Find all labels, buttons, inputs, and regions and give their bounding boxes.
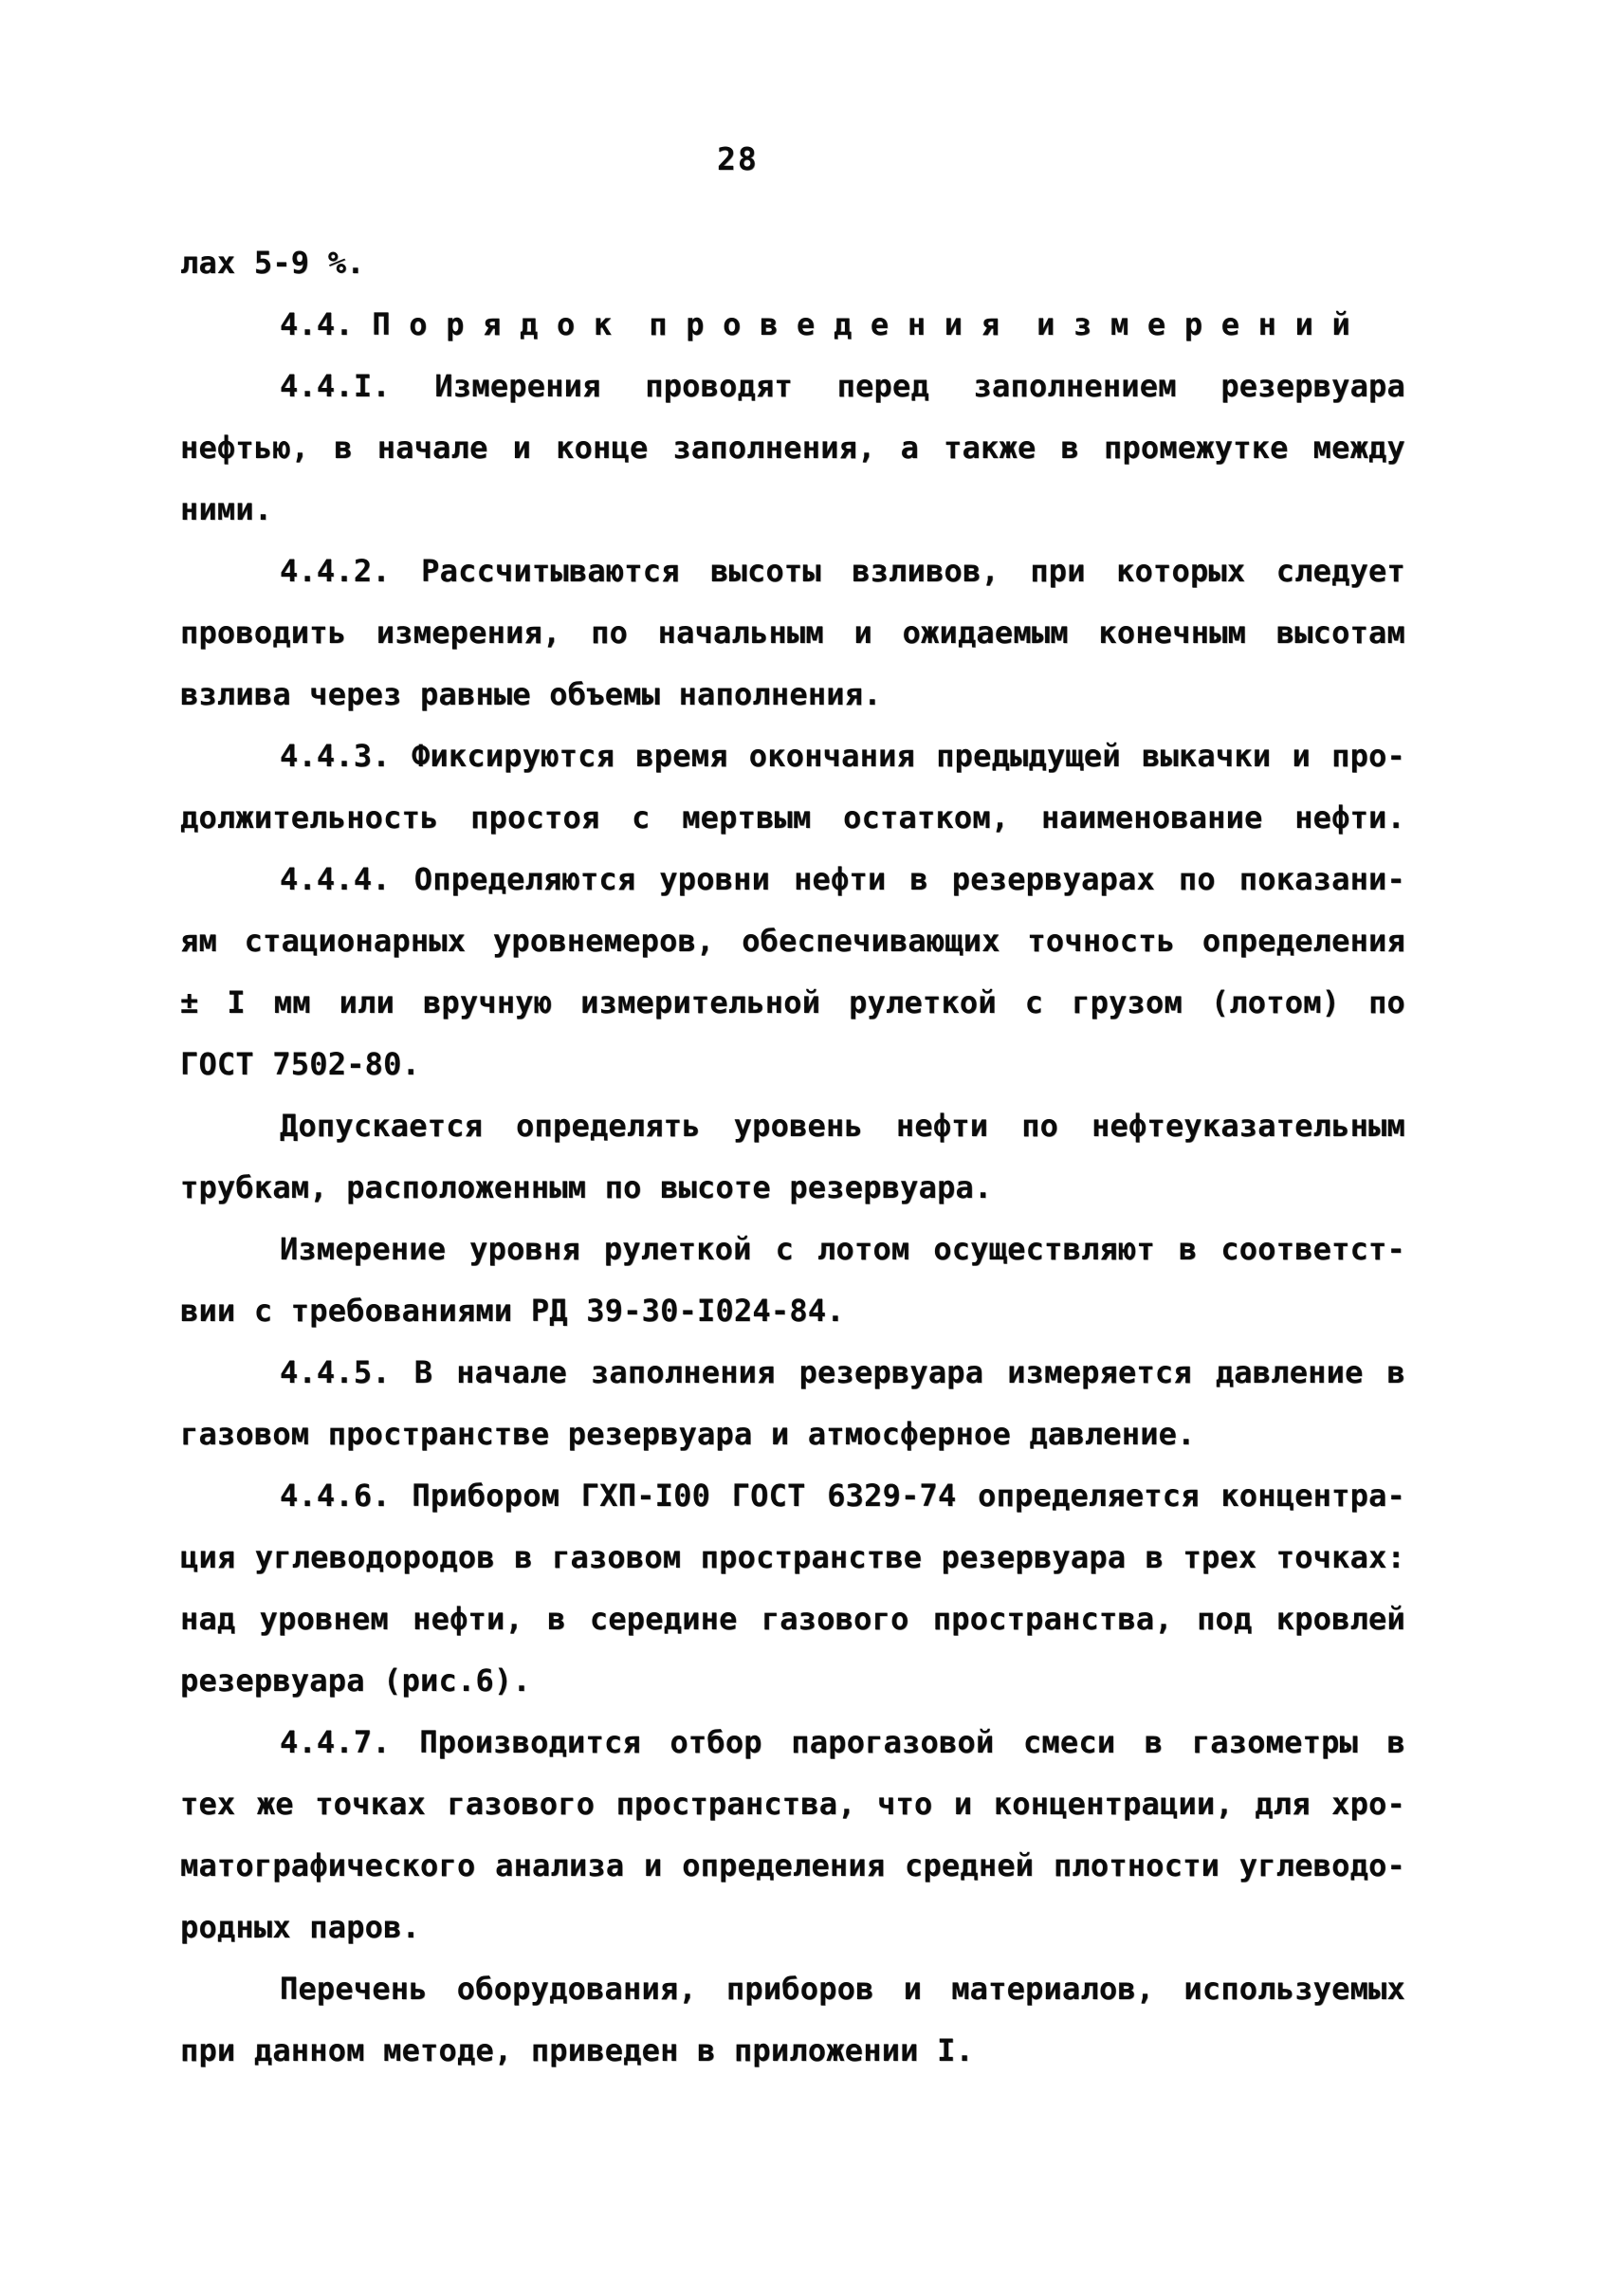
text-line: родных паров. <box>180 1897 1405 1958</box>
text-line: матографического анализа и определения с… <box>180 1835 1405 1897</box>
text-line: при данном методе, приведен в приложении… <box>180 2020 1405 2082</box>
text-line: лах 5-9 %. <box>180 232 1405 294</box>
text-line: 4.4.7. Производится отбор парогазовой см… <box>180 1712 1405 1773</box>
text-line: 4.4.5. В начале заполнения резервуара из… <box>180 1342 1405 1404</box>
text-line: ± I мм или вручную измерительной рулетко… <box>180 972 1405 1034</box>
text-line: 4.4.I. Измерения проводят перед заполнен… <box>180 356 1405 417</box>
text-line: трубкам, расположенным по высоте резерву… <box>180 1157 1405 1219</box>
text-line: Перечень оборудования, приборов и матери… <box>180 1958 1405 2020</box>
text-line: резервуара (рис.6). <box>180 1650 1405 1712</box>
text-line: ГОСТ 7502-80. <box>180 1034 1405 1095</box>
text-line: должительность простоя с мертвым остатко… <box>180 787 1405 849</box>
text-line: 4.4.3. Фиксируются время окончания преды… <box>180 726 1405 787</box>
document-page: 28 лах 5-9 %.4.4. П о р я д о к п р о в … <box>0 0 1614 2296</box>
text-line: вии с требованиями РД 39-30-I024-84. <box>180 1280 1405 1342</box>
text-line: над уровнем нефти, в середине газового п… <box>180 1589 1405 1650</box>
text-line: 4.4.2. Рассчитываются высоты взливов, пр… <box>180 541 1405 602</box>
text-line: тех же точках газового пространства, что… <box>180 1773 1405 1835</box>
page-number: 28 <box>717 140 759 177</box>
text-line: проводить измерения, по начальным и ожид… <box>180 602 1405 664</box>
text-line: газовом пространстве резервуара и атмосф… <box>180 1404 1405 1465</box>
text-block: лах 5-9 %.4.4. П о р я д о к п р о в е д… <box>180 232 1405 2082</box>
text-line: 4.4.4. Определяются уровни нефти в резер… <box>180 849 1405 910</box>
text-line: ними. <box>180 479 1405 541</box>
text-line: 4.4.6. Прибором ГХП-I00 ГОСТ 6329-74 опр… <box>180 1465 1405 1527</box>
text-line: взлива через равные объемы наполнения. <box>180 664 1405 726</box>
text-line: ция углеводородов в газовом пространстве… <box>180 1527 1405 1589</box>
text-line: 4.4. П о р я д о к п р о в е д е н и я и… <box>180 294 1405 356</box>
text-line: ям стационарных уровнемеров, обеспечиваю… <box>180 910 1405 972</box>
text-line: Измерение уровня рулеткой с лотом осущес… <box>180 1219 1405 1280</box>
text-line: нефтью, в начале и конце заполнения, а т… <box>180 417 1405 479</box>
text-line: Допускается определять уровень нефти по … <box>180 1095 1405 1157</box>
